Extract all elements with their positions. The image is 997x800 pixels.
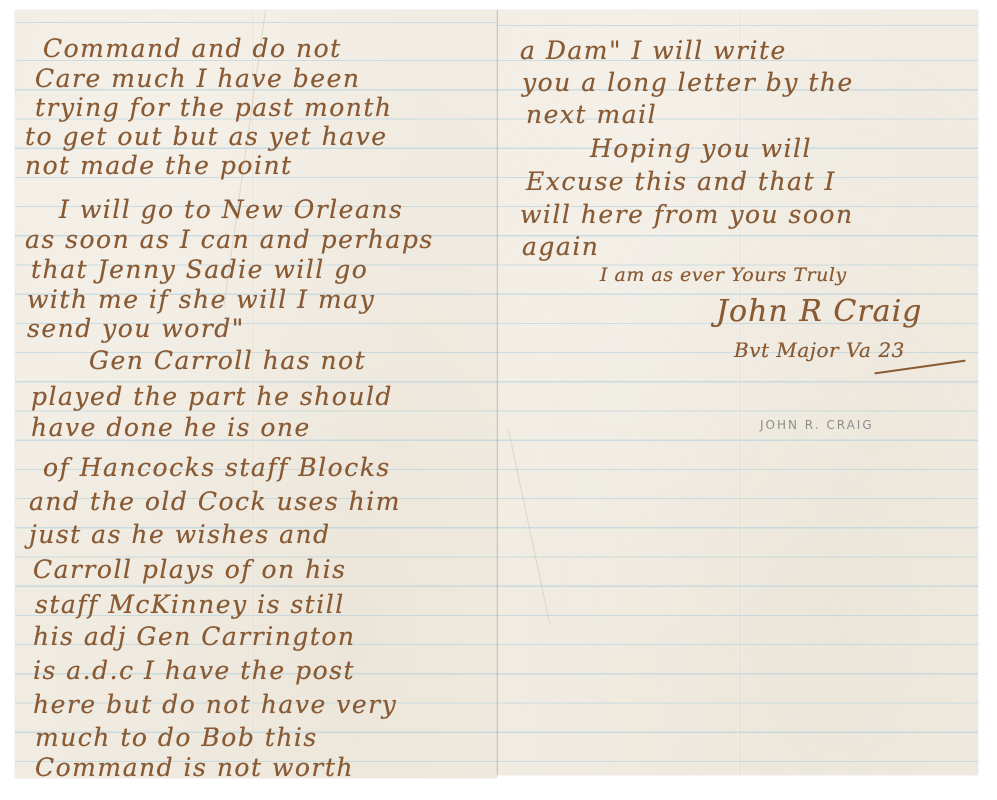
- letter-line: you a long letter by the: [522, 68, 854, 97]
- letter-line: Command is not worth: [35, 753, 354, 782]
- letter-line: trying for the past month: [35, 93, 393, 122]
- letter-line: Gen Carroll has not: [89, 346, 366, 375]
- letter-line: of Hancocks staff Blocks: [43, 453, 391, 482]
- letter-line: that Jenny Sadie will go: [31, 255, 368, 284]
- signature: John R Craig: [716, 294, 922, 329]
- letter-line: again: [522, 232, 599, 261]
- letter-line: next mail: [526, 100, 657, 129]
- letter-line: a Dam" I will write: [520, 36, 787, 65]
- letter-line: here but do not have very: [33, 690, 397, 719]
- letter-line: as soon as I can and perhaps: [25, 225, 434, 254]
- pencil-annotation: JOHN R. CRAIG: [760, 418, 874, 432]
- letter-line: staff McKinney is still: [35, 590, 345, 619]
- letter-page-right: a Dam" I will write you a long letter by…: [497, 10, 978, 775]
- letter-line: with me if she will I may: [27, 285, 375, 314]
- letter-line: is a.d.c I have the post: [33, 656, 355, 685]
- letter-line: have done he is one: [31, 413, 311, 442]
- letter-line: I will go to New Orleans: [59, 195, 403, 224]
- letter-line: and the old Cock uses him: [29, 487, 401, 516]
- letter-line: just as he wishes and: [29, 520, 331, 549]
- letter-page-left: Command and do not Care much I have been…: [15, 10, 497, 778]
- letter-line: will here from you soon: [520, 200, 854, 229]
- letter-line: his adj Gen Carrington: [33, 622, 356, 651]
- paper-crease: [508, 430, 551, 626]
- letter-line: not made the point: [25, 151, 293, 180]
- letter-line: Excuse this and that I: [526, 167, 836, 196]
- letter-line: much to do Bob this: [35, 723, 318, 752]
- center-fold-crease: [738, 10, 740, 775]
- letter-line: Carroll plays of on his: [33, 555, 347, 584]
- letter-line: Command and do not: [43, 34, 342, 63]
- letter-line: played the part he should: [31, 382, 393, 411]
- letter-line: to get out but as yet have: [25, 122, 388, 151]
- letter-line: send you word": [27, 314, 245, 343]
- signature-title: Bvt Major Va 23: [734, 338, 905, 362]
- letter-line: Hoping you will: [590, 134, 812, 163]
- letter-closing: I am as ever Yours Truly: [600, 264, 847, 286]
- letter-line: Care much I have been: [35, 64, 360, 93]
